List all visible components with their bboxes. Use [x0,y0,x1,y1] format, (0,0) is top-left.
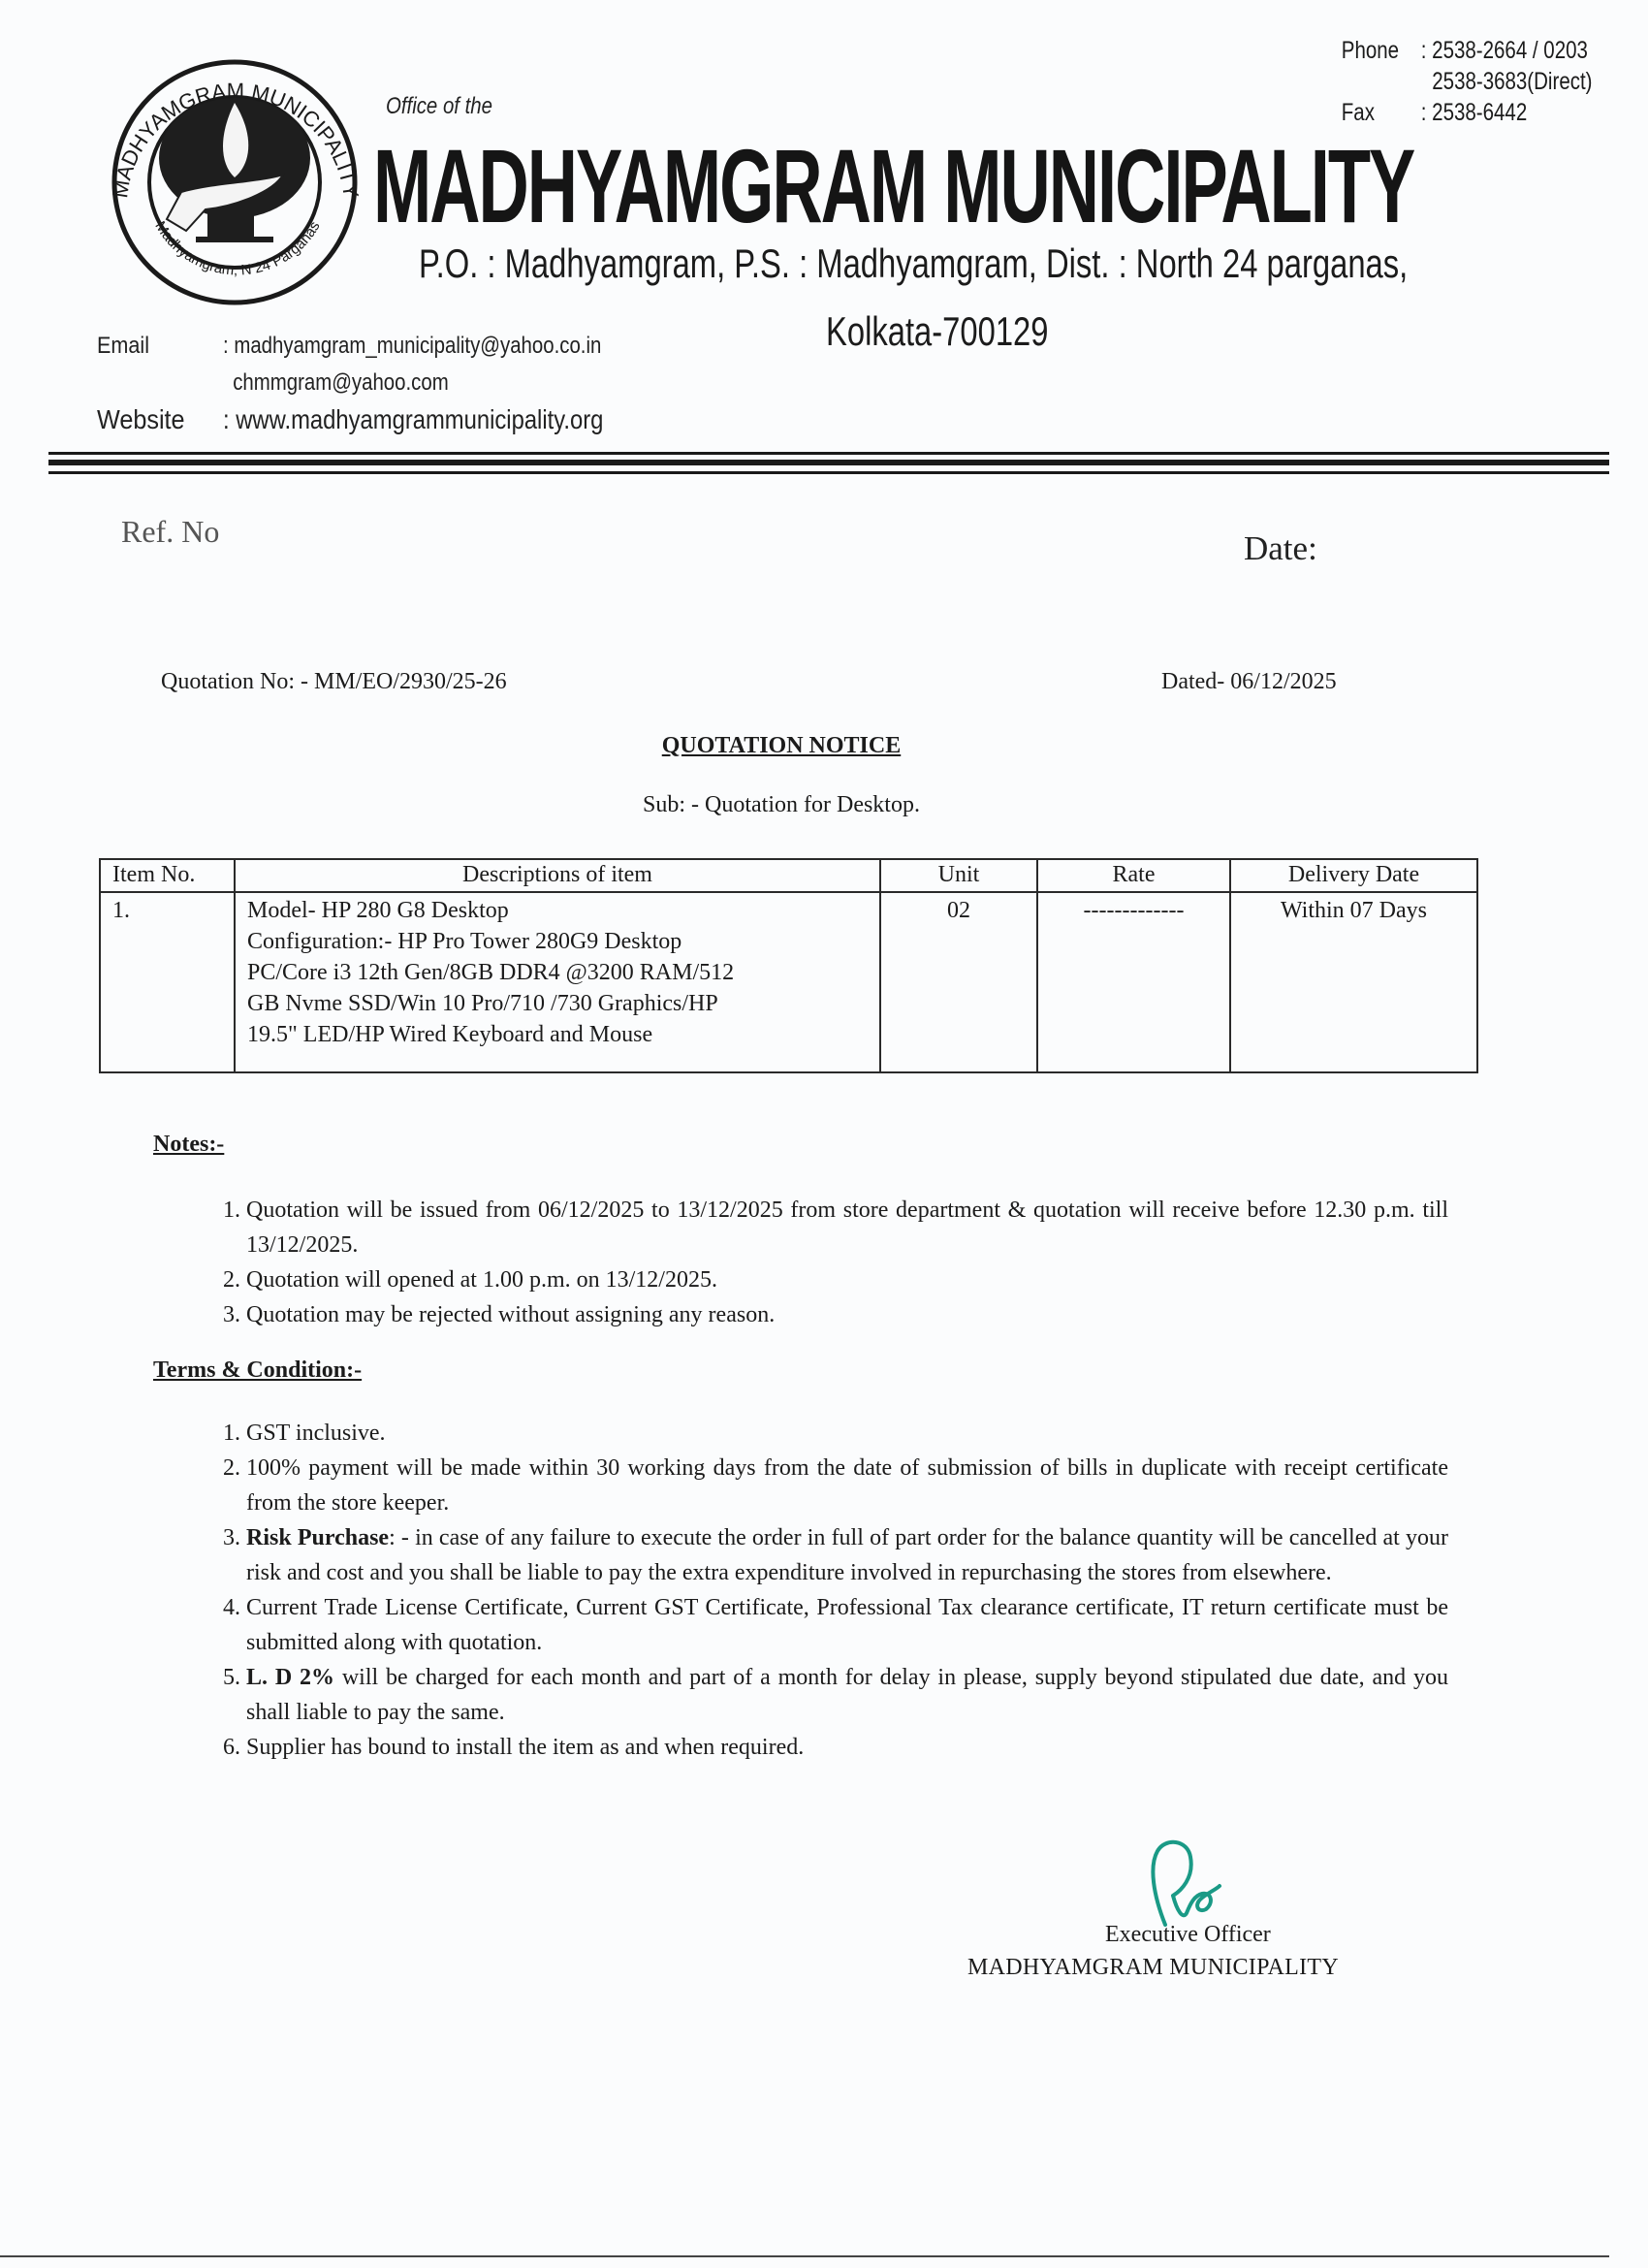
header-delivery-date: Delivery Date [1230,859,1477,892]
term-item: 100% payment will be made within 30 work… [246,1451,1448,1520]
email-website-block: Email : madhyamgram_municipality@yahoo.c… [97,328,671,438]
org-name-heading: MADHYAMGRAM MUNICIPALITY [373,134,1413,239]
header-item-no: Item No. [100,859,235,892]
notes-list: Quotation will be issued from 06/12/2025… [196,1193,1448,1332]
items-table: Item No. Descriptions of item Unit Rate … [99,858,1478,1073]
cell-rate: ------------- [1037,892,1230,1072]
email-row: Email : madhyamgram_municipality@yahoo.c… [97,328,671,365]
table-header-row: Item No. Descriptions of item Unit Rate … [100,859,1477,892]
quotation-number: Quotation No: - MM/EO/2930/25-26 [161,669,507,695]
notice-title: QUOTATION NOTICE [0,733,1563,759]
signature-icon [1144,1837,1280,1934]
header-rate: Rate [1037,859,1230,892]
phone-direct-row: 2538-3683(Direct) [1341,66,1592,97]
description-line: PC/Core i3 12th Gen/8GB DDR4 @3200 RAM/5… [247,957,868,988]
website-value[interactable]: : www.madhyamgrammunicipality.org [223,401,603,438]
phone-row: Phone : 2538-2664 / 0203 [1341,35,1592,66]
terms-list: GST inclusive. 100% payment will be made… [196,1416,1448,1765]
signatory-title: Executive Officer [1105,1922,1271,1948]
note-item: Quotation may be rejected without assign… [246,1297,1448,1332]
cell-description: Model- HP 280 G8 Desktop Configuration:-… [235,892,880,1072]
phone-value: : 2538-2664 / 0203 [1420,35,1587,66]
term-item: Supplier has bound to install the item a… [246,1730,1448,1765]
date-label: Date: [1244,529,1317,568]
phone-label: Phone [1341,35,1420,66]
cell-delivery-date: Within 07 Days [1230,892,1477,1072]
header-divider-thin [48,471,1609,474]
quotation-date: Dated- 06/12/2025 [1161,669,1337,695]
website-row: Website : www.madhyamgrammunicipality.or… [97,401,671,438]
table-row: 1. Model- HP 280 G8 Desktop Configuratio… [100,892,1477,1072]
page-bottom-edge [0,2255,1609,2257]
fax-label: Fax [1341,97,1420,128]
office-of-label: Office of the [386,93,492,120]
email-value-1[interactable]: : madhyamgram_municipality@yahoo.co.in [223,328,601,365]
description-line: Configuration:- HP Pro Tower 280G9 Deskt… [247,926,868,957]
fax-row: Fax : 2538-6442 [1341,97,1592,128]
phone-direct-value: 2538-3683(Direct) [1420,66,1592,97]
term-bold-label: L. D 2% [246,1665,334,1690]
ref-no-label: Ref. No [121,514,219,550]
contact-block: Phone : 2538-2664 / 0203 2538-3683(Direc… [1341,35,1592,128]
website-label: Website [97,401,210,438]
header-description: Descriptions of item [235,859,880,892]
cell-unit: 02 [880,892,1037,1072]
terms-title: Terms & Condition:- [153,1358,362,1384]
note-item: Quotation will opened at 1.00 p.m. on 13… [246,1262,1448,1297]
header-unit: Unit [880,859,1037,892]
term-item: GST inclusive. [246,1416,1448,1451]
address-line-1: P.O. : Madhyamgram, P.S. : Madhyamgram, … [419,240,1408,287]
municipal-seal-icon: MADHYAMGRAM MUNICIPALITY Madhyamgram, N … [89,47,380,306]
term-item: Risk Purchase: - in case of any failure … [246,1520,1448,1590]
cell-item-no: 1. [100,892,235,1072]
notes-title: Notes:- [153,1132,224,1158]
header-divider-thick [48,460,1609,465]
term-item: L. D 2% will be charged for each month a… [246,1660,1448,1730]
signatory-org: MADHYAMGRAM MUNICIPALITY [967,1955,1339,1981]
description-line: GB Nvme SSD/Win 10 Pro/710 /730 Graphics… [247,988,868,1019]
description-line: Model- HP 280 G8 Desktop [247,895,868,926]
email-row-2: chmmgram@yahoo.com [97,365,671,401]
description-line: 19.5" LED/HP Wired Keyboard and Mouse [247,1019,868,1050]
note-item: Quotation will be issued from 06/12/2025… [246,1193,1448,1262]
fax-value: : 2538-6442 [1420,97,1526,128]
notice-subject: Sub: - Quotation for Desktop. [0,792,1563,818]
header-divider [48,452,1609,455]
term-bold-label: Risk Purchase [246,1525,389,1550]
email-value-2[interactable]: chmmgram@yahoo.com [223,365,449,401]
term-item: Current Trade License Certificate, Curre… [246,1590,1448,1660]
address-line-2: Kolkata-700129 [826,308,1049,355]
email-label: Email [97,328,210,365]
